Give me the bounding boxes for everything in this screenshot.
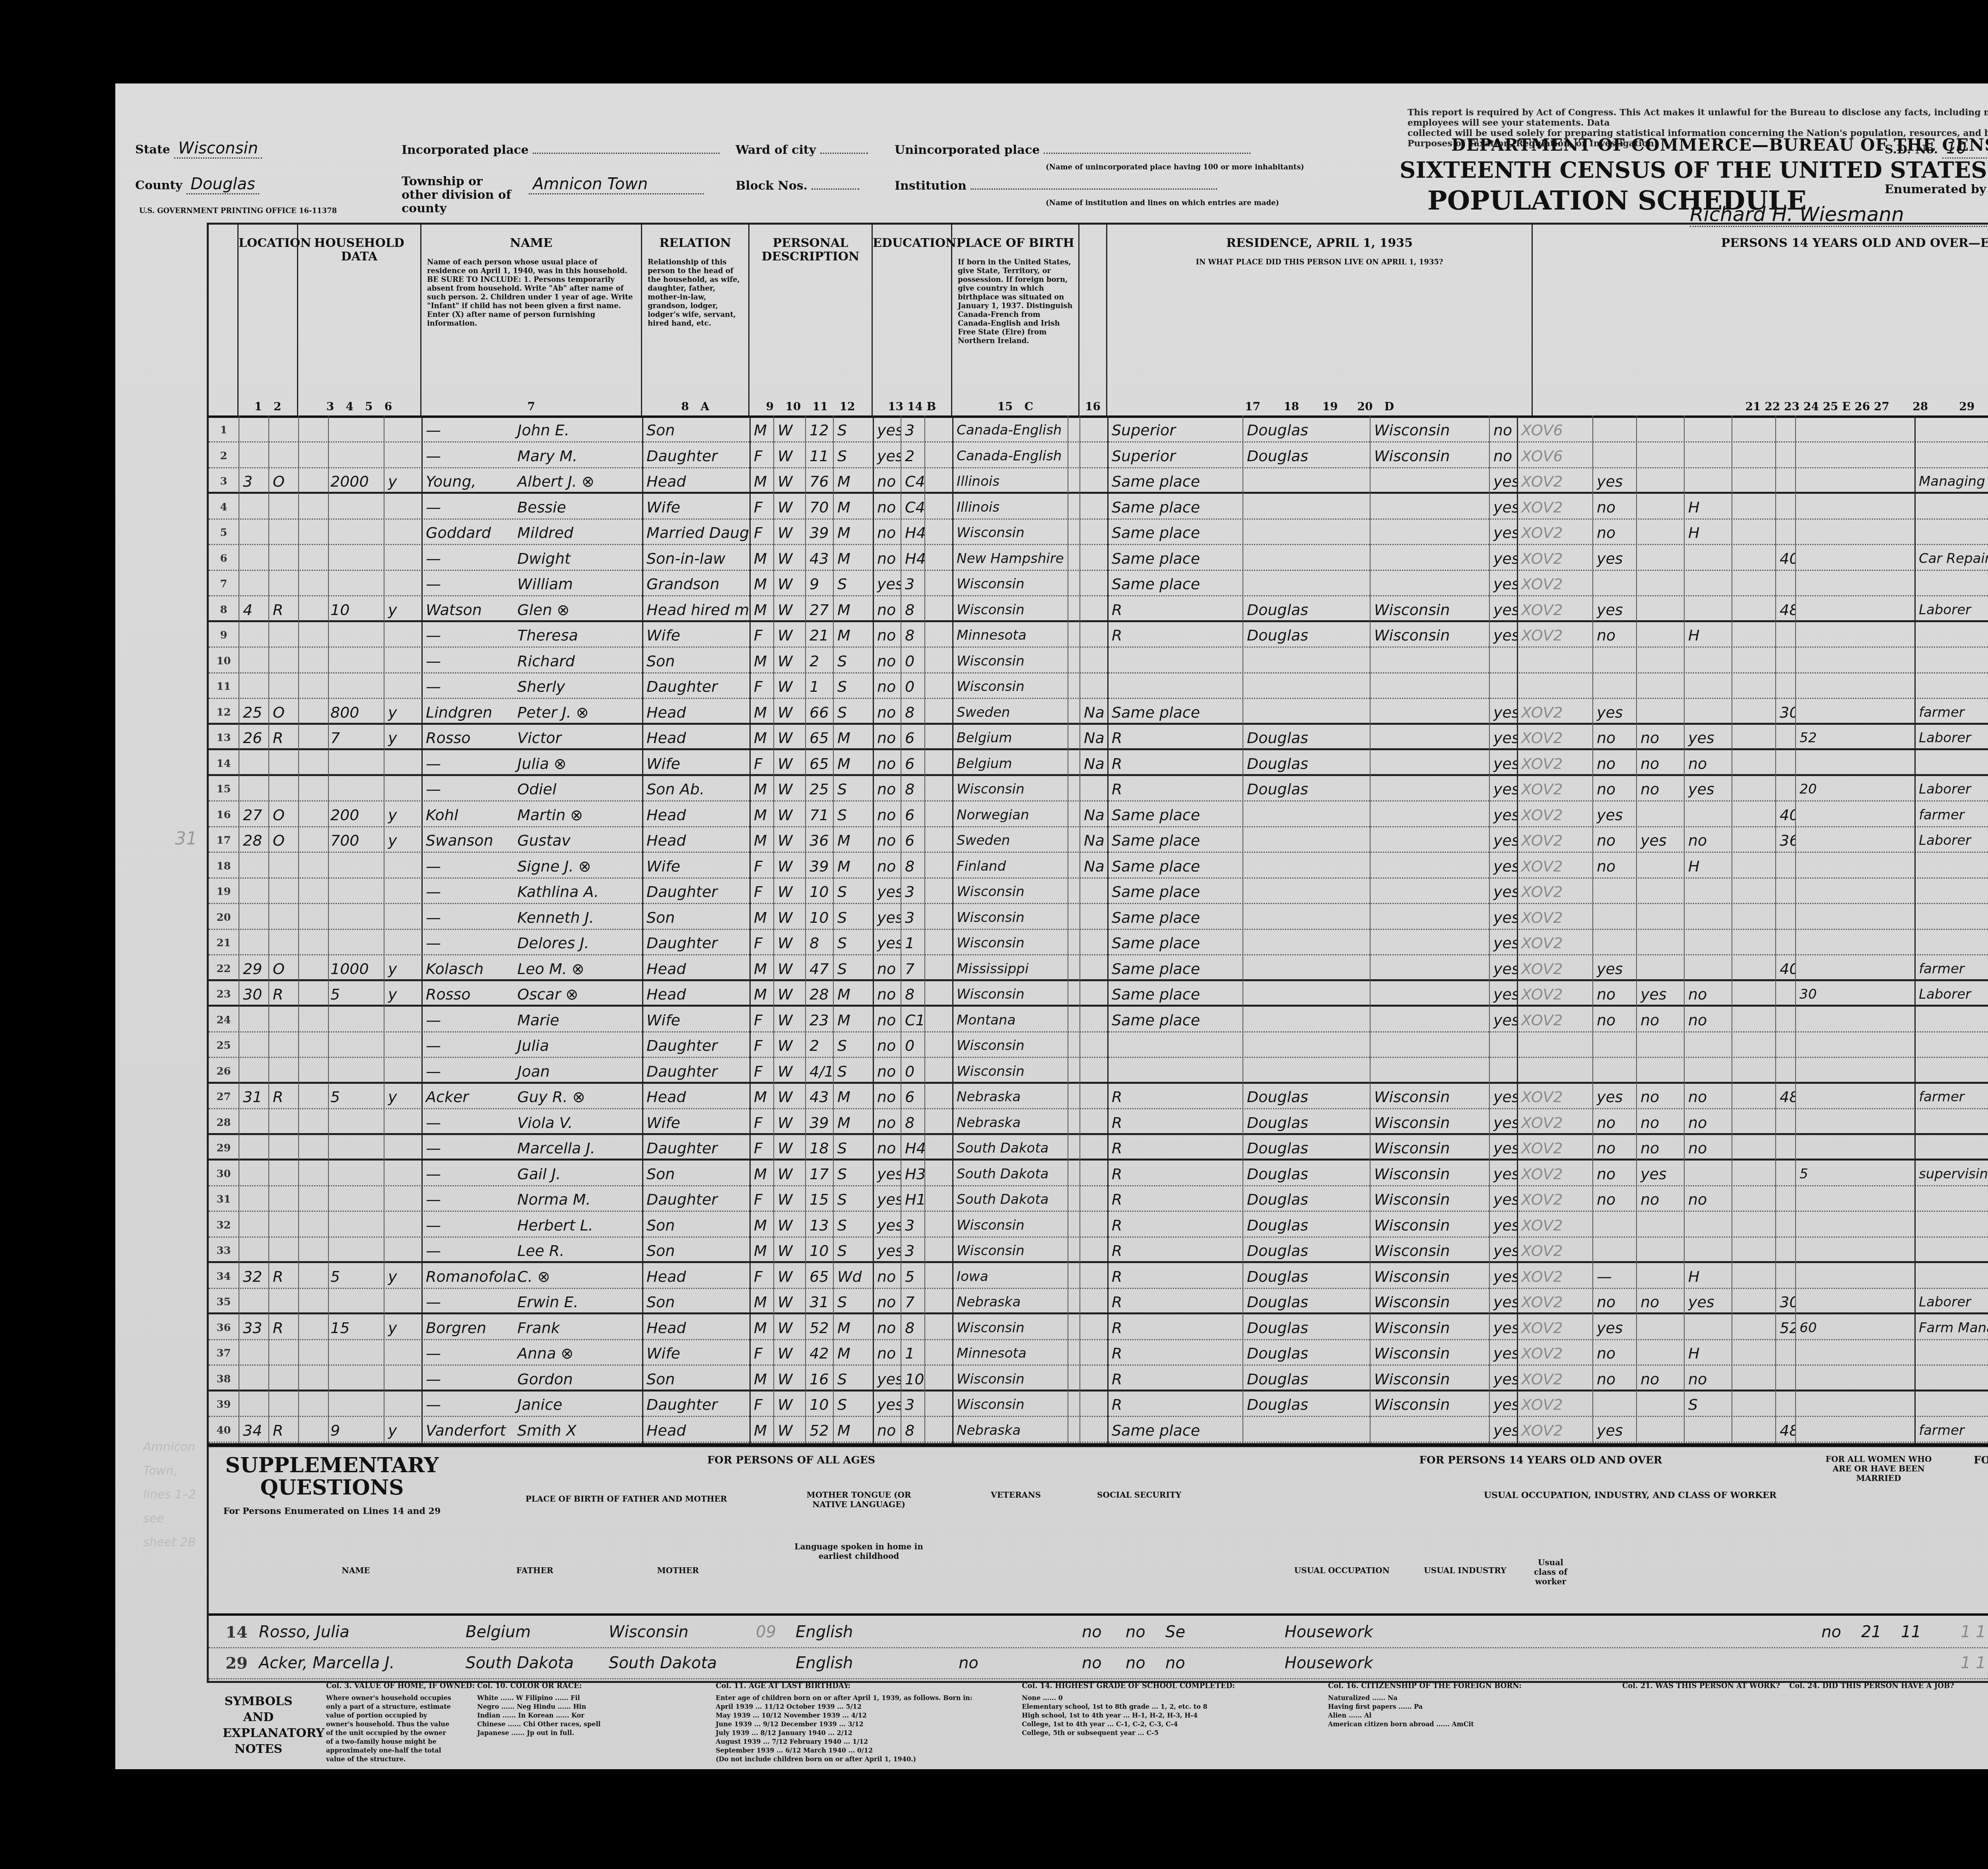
cell-code: XOV2 xyxy=(1519,495,1592,518)
cell-age: 10 xyxy=(807,1238,833,1261)
table-row: 37—Anna ⊗WifeFW42Mno1MinnesotaRDouglasWi… xyxy=(209,1341,1988,1366)
cell-race: W xyxy=(775,1008,805,1031)
cell-age: 1 xyxy=(807,674,833,698)
cell-code: XOV2 xyxy=(1519,982,1592,1005)
cell-fam: R xyxy=(270,1418,298,1442)
cell-wks xyxy=(1777,623,1795,646)
cell-grade: 0 xyxy=(903,674,950,698)
table-row: 25—JuliaDaughterFW2Sno0Wisconsin25 xyxy=(209,1033,1988,1058)
cell-val xyxy=(328,572,384,595)
cell-state35: Wisconsin xyxy=(1372,598,1489,620)
table-row: 11—SherlyDaughterFW1Sno0Wisconsin11 xyxy=(209,674,1988,699)
cell-rel: Daughter xyxy=(644,879,749,903)
cell-state35 xyxy=(1372,1008,1489,1031)
cell-occ: Laborer xyxy=(1916,828,1988,852)
cell-att: no xyxy=(875,854,901,877)
table-row: 1—John E.SonMW12Syes3Canada-EnglishSuper… xyxy=(209,418,1988,443)
cell-birth: Wisconsin xyxy=(954,674,1068,698)
cell-wks: 52 xyxy=(1777,1316,1795,1339)
cell-surname: Watson xyxy=(423,598,515,620)
cell-birth: Norwegian xyxy=(954,803,1068,826)
cell-hrs: 30 xyxy=(1797,982,1912,1005)
cell-fam xyxy=(270,879,298,903)
cell-att: no xyxy=(875,1418,901,1442)
cell-sex: M xyxy=(751,1238,773,1261)
cell-occ xyxy=(1916,674,1988,698)
cell-line: 25 xyxy=(209,1033,239,1057)
cell-att: no xyxy=(875,1264,901,1288)
cell-occ xyxy=(1916,520,1988,544)
cell-hrs xyxy=(1797,1110,1912,1133)
cell-work: yes xyxy=(1594,957,1636,979)
cell-farm35: yes xyxy=(1491,469,1517,492)
cell-race: W xyxy=(775,931,805,954)
cell-cit xyxy=(1081,495,1107,518)
cell-county35: Douglas xyxy=(1244,1392,1370,1416)
cell-ms: M xyxy=(835,598,873,620)
cell-birth: Minnesota xyxy=(954,1341,1068,1364)
section-14-plus: FOR PERSONS 14 YEARS OLD AND OVER xyxy=(1282,1454,1799,1466)
cell-wks xyxy=(1777,1110,1795,1133)
supplementary-questions: SUPPLEMENTARY QUESTIONS For Persons Enum… xyxy=(207,1443,1988,1683)
note-col11-body: Enter age of children born on or after A… xyxy=(716,1694,994,1764)
cell-rel: Head hired man xyxy=(644,598,749,620)
cell-hrs xyxy=(1797,572,1912,595)
cell-wks xyxy=(1777,1264,1795,1288)
cell-farm35: yes xyxy=(1491,1187,1517,1211)
cell-farm: y xyxy=(386,957,421,979)
cell-farm35: yes xyxy=(1491,495,1517,518)
cell-cit xyxy=(1081,1341,1107,1364)
cell-dw xyxy=(241,854,268,877)
cell-surname: — xyxy=(423,854,515,877)
table-row: 31—Norma M.DaughterFW15SyesH1South Dakot… xyxy=(209,1187,1988,1212)
cell-grade: 3 xyxy=(903,1213,950,1236)
cell-wks xyxy=(1777,1162,1795,1185)
cell-seek: no xyxy=(1638,1008,1684,1031)
cell-dw xyxy=(241,418,268,441)
cell-grade: 7 xyxy=(903,1290,950,1312)
cell-rel: Wife xyxy=(644,1341,749,1364)
cell-state35: Wisconsin xyxy=(1372,1367,1489,1390)
table-row: 29—Marcella J.DaughterFW18SnoH4South Dak… xyxy=(209,1136,1988,1161)
cell-age: 9 xyxy=(807,572,833,595)
cell-line: 17 xyxy=(209,828,239,852)
cell-seek xyxy=(1638,1316,1684,1339)
cell-farm xyxy=(386,1213,421,1236)
cell-work: no xyxy=(1594,1136,1636,1159)
cell-surname: Kohl xyxy=(423,803,515,826)
supp-cell-usual_occ: Housework xyxy=(1282,1617,1402,1647)
note-col10-body: White ...... W Filipino ...... Fil Negro… xyxy=(477,1694,676,1737)
cell-rel: Daughter xyxy=(644,444,749,467)
cell-ms: S xyxy=(835,674,873,698)
cell-city35 xyxy=(1109,674,1242,698)
cell-cit: Na xyxy=(1081,726,1107,748)
cell-rel: Head xyxy=(644,726,749,748)
cell-grade: 6 xyxy=(903,1085,950,1108)
note-col14-title: Col. 14. HIGHEST GRADE OF SCHOOL COMPLET… xyxy=(1022,1682,1235,1690)
cell-fam: R xyxy=(270,1316,298,1339)
supp-col-usual-ind: USUAL INDUSTRY xyxy=(1402,1566,1529,1575)
cell-farm xyxy=(386,751,421,774)
cell-age: 4/12 xyxy=(807,1059,833,1082)
cell-race: W xyxy=(775,1264,805,1288)
cell-rel: Daughter xyxy=(644,931,749,954)
cell-ms: M xyxy=(835,495,873,518)
supplementary-subtitle: For Persons Enumerated on Lines 14 and 2… xyxy=(221,1506,443,1516)
cell-age: 31 xyxy=(807,1290,833,1312)
column-rule xyxy=(1489,415,1490,1445)
note-col10-title: Col. 10. COLOR OR RACE: xyxy=(477,1682,582,1690)
cell-att: no xyxy=(875,1341,901,1364)
cell-county35: Douglas xyxy=(1244,1264,1370,1288)
cell-rel: Son xyxy=(644,1162,749,1185)
cell-farm: y xyxy=(386,700,421,723)
cell-grade: 7 xyxy=(903,957,950,979)
table-row: 6—DwightSon-in-lawMW43MnoH4New Hampshire… xyxy=(209,546,1988,571)
cell-fam xyxy=(270,1187,298,1211)
cell-wks xyxy=(1777,1059,1795,1082)
cell-occ xyxy=(1916,905,1988,929)
cell-seek xyxy=(1638,957,1684,979)
cell-farm xyxy=(386,905,421,929)
cell-grade: 6 xyxy=(903,803,950,826)
cell-line: 3 xyxy=(209,469,239,492)
cell-farm xyxy=(386,854,421,877)
cell-given: Bessie xyxy=(515,495,642,518)
supp-cell-name: Rosso, Julia xyxy=(256,1617,455,1647)
cell-sex: M xyxy=(751,572,773,595)
cell-ms: S xyxy=(835,700,873,723)
cell-emerg: no xyxy=(1686,982,1775,1005)
cell-wks xyxy=(1777,751,1795,774)
cell-birth: South Dakota xyxy=(954,1162,1068,1185)
cell-work: no xyxy=(1594,1290,1636,1312)
cell-age: 15 xyxy=(807,1187,833,1211)
cell-line: 5 xyxy=(209,520,239,544)
cell-birth: Montana xyxy=(954,1008,1068,1031)
cell-state35 xyxy=(1372,1418,1489,1442)
cell-seek xyxy=(1638,879,1684,903)
cell-val xyxy=(328,623,384,646)
cell-rel: Daughter xyxy=(644,1136,749,1159)
cell-code xyxy=(1519,649,1592,672)
cell-seek xyxy=(1638,803,1684,826)
cell-state35 xyxy=(1372,1059,1489,1082)
cell-given: Marie xyxy=(515,1008,642,1031)
cell-line: 34 xyxy=(209,1264,239,1288)
cell-att: no xyxy=(875,1136,901,1159)
column-rule xyxy=(268,415,269,1445)
cell-emerg: H xyxy=(1686,1264,1775,1288)
cell-farm xyxy=(386,777,421,800)
cell-county35: Douglas xyxy=(1244,1290,1370,1312)
cell-wks xyxy=(1777,1238,1795,1261)
cell-county35 xyxy=(1244,879,1370,903)
cell-hrs xyxy=(1797,1187,1912,1211)
cell-state35: Wisconsin xyxy=(1372,1316,1489,1339)
cell-farm: y xyxy=(386,598,421,620)
cell-emerg: yes xyxy=(1686,726,1775,748)
cell-farm35: yes xyxy=(1491,1392,1517,1416)
cell-seek: no xyxy=(1638,1367,1684,1390)
cell-fam xyxy=(270,418,298,441)
cell-emerg: no xyxy=(1686,1187,1775,1211)
cell-surname: Lindgren xyxy=(423,700,515,723)
cell-state35 xyxy=(1372,546,1489,570)
cell-race: W xyxy=(775,1162,805,1185)
cell-val xyxy=(328,674,384,698)
cell-farm xyxy=(386,546,421,570)
cell-surname: — xyxy=(423,1162,515,1185)
note-col21-title: Col. 21. WAS THIS PERSON AT WORK? xyxy=(1622,1682,1780,1690)
cell-occ xyxy=(1916,1033,1988,1057)
cell-age: 28 xyxy=(807,982,833,1005)
cell-age: 65 xyxy=(807,726,833,748)
cell-county35 xyxy=(1244,1418,1370,1442)
cell-grade: 6 xyxy=(903,726,950,748)
cell-farm35: yes xyxy=(1491,1008,1517,1031)
cell-age: 10 xyxy=(807,905,833,929)
cell-emerg xyxy=(1686,1238,1775,1261)
cell-rel: Married Daughter xyxy=(644,520,749,544)
cell-race: W xyxy=(775,803,805,826)
column-rule xyxy=(1732,415,1732,1445)
cell-grade: 0 xyxy=(903,1059,950,1082)
supp-cell-ss3: Se xyxy=(1163,1617,1203,1647)
cell-occ: Laborer xyxy=(1916,1290,1988,1312)
cell-seek xyxy=(1638,546,1684,570)
incorporated-field: Incorporated place xyxy=(402,143,720,157)
cell-given: Richard xyxy=(515,649,642,672)
cell-att: no xyxy=(875,598,901,620)
cell-surname: Young, xyxy=(423,469,515,492)
cell-farm35: yes xyxy=(1491,982,1517,1005)
cell-fam xyxy=(270,495,298,518)
cell-farm xyxy=(386,1367,421,1390)
cell-farm xyxy=(386,879,421,903)
cell-farm xyxy=(386,1136,421,1159)
cell-seek xyxy=(1638,931,1684,954)
cell-att: no xyxy=(875,649,901,672)
cell-cit: Na xyxy=(1081,751,1107,774)
cell-farm xyxy=(386,1341,421,1364)
sd-field: S.D. No. 10 xyxy=(1885,139,1988,159)
cell-county35 xyxy=(1244,469,1370,492)
cell-emerg: H xyxy=(1686,1341,1775,1364)
cell-farm35: yes xyxy=(1491,1367,1517,1390)
cell-state35: Wisconsin xyxy=(1372,1110,1489,1133)
cell-grade: C4 xyxy=(903,469,950,492)
cell-birth: Wisconsin xyxy=(954,598,1068,620)
col-line-no xyxy=(209,225,239,415)
cell-race: W xyxy=(775,1213,805,1236)
cell-emerg: no xyxy=(1686,1008,1775,1031)
cell-rel: Wife xyxy=(644,1110,749,1133)
cell-seek: no xyxy=(1638,751,1684,774)
cell-emerg xyxy=(1686,1316,1775,1339)
cell-sex: F xyxy=(751,495,773,518)
cell-given: Delores J. xyxy=(515,931,642,954)
cell-given: Janice xyxy=(515,1392,642,1416)
cell-farm: y xyxy=(386,1085,421,1108)
cell-code: XOV2 xyxy=(1519,803,1592,826)
cell-birth: Sweden xyxy=(954,700,1068,723)
cell-hrs xyxy=(1797,1392,1912,1416)
cell-given: Martin ⊗ xyxy=(515,803,642,826)
cell-dw xyxy=(241,905,268,929)
cell-att: no xyxy=(875,623,901,646)
cell-rel: Head xyxy=(644,1316,749,1339)
cell-sex: M xyxy=(751,1367,773,1390)
cell-line: 38 xyxy=(209,1367,239,1390)
cell-val xyxy=(328,1392,384,1416)
cell-grade: 3 xyxy=(903,879,950,903)
cell-fam: R xyxy=(270,598,298,620)
cell-val xyxy=(328,1136,384,1159)
cell-hrs xyxy=(1797,469,1912,492)
cell-work: no xyxy=(1594,751,1636,774)
table-row: 38—GordonSonMW16Syes10WisconsinRDouglasW… xyxy=(209,1367,1988,1392)
cell-work xyxy=(1594,1059,1636,1082)
cell-given: Signe J. ⊗ xyxy=(515,854,642,877)
cell-age: 12 xyxy=(807,418,833,441)
supp-col-usual-occ: USUAL OCCUPATION xyxy=(1282,1566,1402,1575)
cell-state35 xyxy=(1372,828,1489,852)
cell-hrs xyxy=(1797,1085,1912,1108)
cell-surname: — xyxy=(423,1008,515,1031)
cell-att: yes xyxy=(875,418,901,441)
cell-att: yes xyxy=(875,1187,901,1211)
cell-cit xyxy=(1081,674,1107,698)
cell-code: XOV6 xyxy=(1519,444,1592,467)
cell-seek: yes xyxy=(1638,1162,1684,1185)
supp-cell-code: 09 xyxy=(753,1617,789,1647)
cell-birth: Iowa xyxy=(954,1264,1068,1288)
cell-fam xyxy=(270,1290,298,1312)
cell-cit xyxy=(1081,1238,1107,1261)
cell-cit xyxy=(1081,546,1107,570)
cell-ms: M xyxy=(835,751,873,774)
cell-age: 47 xyxy=(807,957,833,979)
cell-fam: O xyxy=(270,700,298,723)
cell-emerg xyxy=(1686,572,1775,595)
cell-code: XOV2 xyxy=(1519,1392,1592,1416)
cell-city35: Same place xyxy=(1109,469,1242,492)
cell-ms: M xyxy=(835,1316,873,1339)
cell-code: XOV2 xyxy=(1519,1187,1592,1211)
cell-farm xyxy=(386,1238,421,1261)
cell-code: XOV2 xyxy=(1519,751,1592,774)
cell-birth: Canada-English xyxy=(954,444,1068,467)
cell-cit xyxy=(1081,905,1107,929)
cell-val: 800 xyxy=(328,700,384,723)
cell-cit xyxy=(1081,1264,1107,1288)
cell-code: XOV2 xyxy=(1519,1341,1592,1364)
cell-code: XOV2 xyxy=(1519,1008,1592,1031)
supp-cell-office: 1 1 4 18 1 9 5 1 2 xyxy=(1958,1648,1988,1678)
cell-age: 10 xyxy=(807,1392,833,1416)
cell-dw xyxy=(241,495,268,518)
supp-cell-father: Belgium xyxy=(463,1617,606,1647)
state-value: Wisconsin xyxy=(174,139,262,159)
cell-given: Glen ⊗ xyxy=(515,598,642,620)
table-row: 2229O1000yKolaschLeo M. ⊗HeadMW47Sno7Mis… xyxy=(209,957,1988,981)
cell-hrs xyxy=(1797,444,1912,467)
cell-ms: M xyxy=(835,854,873,877)
township-field: Amnicon Town xyxy=(529,175,704,194)
cell-farm xyxy=(386,623,421,646)
cell-att: no xyxy=(875,495,901,518)
cell-dw xyxy=(241,1059,268,1082)
cell-race: W xyxy=(775,649,805,672)
cell-cit xyxy=(1081,418,1107,441)
cell-grade: 8 xyxy=(903,1418,950,1442)
cell-fam xyxy=(270,1392,298,1416)
cell-county35 xyxy=(1244,674,1370,698)
table-row: 30—Gail J.SonMW17SyesH3South DakotaRDoug… xyxy=(209,1162,1988,1186)
cell-line: 2 xyxy=(209,444,239,467)
cell-farm xyxy=(386,1187,421,1211)
cell-county35: Douglas xyxy=(1244,1367,1370,1390)
table-row: 15—OdielSon Ab.MW25Sno8WisconsinRDouglas… xyxy=(209,777,1988,802)
cell-grade: 6 xyxy=(903,751,950,774)
cell-fam xyxy=(270,444,298,467)
cell-occ xyxy=(1916,444,1988,467)
cell-county35: Douglas xyxy=(1244,1085,1370,1108)
cell-code: XOV2 xyxy=(1519,1162,1592,1185)
cell-fam xyxy=(270,546,298,570)
cell-work xyxy=(1594,931,1636,954)
cell-grade: 3 xyxy=(903,1238,950,1261)
cell-grade: 0 xyxy=(903,649,950,672)
cell-rel: Son Ab. xyxy=(644,777,749,800)
cell-sex: F xyxy=(751,1110,773,1133)
cell-given: Lee R. xyxy=(515,1238,642,1261)
cell-emerg: H xyxy=(1686,854,1775,877)
cell-val xyxy=(328,520,384,544)
cell-birth: Illinois xyxy=(954,495,1068,518)
cell-wks: 30 xyxy=(1777,1290,1795,1312)
cell-county35 xyxy=(1244,572,1370,595)
col-residence-1935: RESIDENCE, APRIL 1, 1935IN WHAT PLACE DI… xyxy=(1107,225,1533,415)
county-field: County Douglas xyxy=(135,175,259,194)
column-rule xyxy=(773,415,774,1445)
cell-age: 11 xyxy=(807,444,833,467)
table-row: 1728O700ySwansonGustavHeadMW36Mno6Sweden… xyxy=(209,828,1988,853)
supp-cell-line: 29 xyxy=(221,1648,252,1678)
cell-cit xyxy=(1081,1136,1107,1159)
col-employment: PERSONS 14 YEARS OLD AND OVER—EMPLOYMENT… xyxy=(1533,225,1988,415)
cell-cit xyxy=(1081,957,1107,979)
cell-rel: Wife xyxy=(644,1008,749,1031)
cell-race: W xyxy=(775,1238,805,1261)
cell-ms: S xyxy=(835,777,873,800)
cell-ms: M xyxy=(835,982,873,1005)
cell-wks xyxy=(1777,1187,1795,1211)
cell-code: XOV2 xyxy=(1519,1290,1592,1312)
cell-city35: Same place xyxy=(1109,957,1242,979)
cell-grade: C1 xyxy=(903,1008,950,1031)
cell-race: W xyxy=(775,854,805,877)
cell-occ: Laborer xyxy=(1916,777,1988,800)
cell-hrs xyxy=(1797,1059,1912,1082)
cell-city35: Same place xyxy=(1109,495,1242,518)
cell-farm35: yes xyxy=(1491,905,1517,929)
cell-given: Mary M. xyxy=(515,444,642,467)
cell-race: W xyxy=(775,520,805,544)
